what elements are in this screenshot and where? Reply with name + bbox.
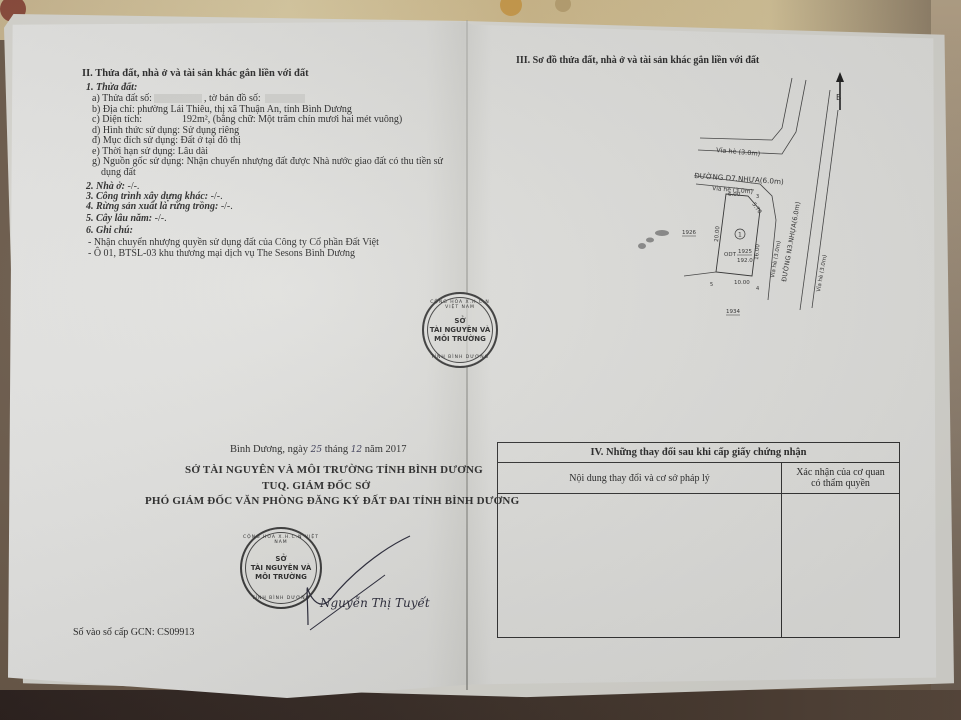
svg-text:ODT: ODT bbox=[724, 252, 737, 258]
svg-text:5.70: 5.70 bbox=[750, 202, 762, 216]
parcel-number-label: a) Thửa đất số: bbox=[92, 93, 152, 104]
land-parcel-number: a) Thửa đất số:, tờ bản đồ số: bbox=[92, 93, 305, 104]
svg-text:6.00: 6.00 bbox=[728, 192, 741, 198]
land-origin: g) Nguồn gốc sử dụng: Nhận chuyển nhượng… bbox=[92, 156, 443, 167]
svg-text:4: 4 bbox=[756, 286, 759, 292]
perennial-value: -/-. bbox=[152, 213, 166, 224]
svg-text:16.00: 16.00 bbox=[754, 243, 761, 260]
svg-text:3: 3 bbox=[756, 194, 759, 200]
north-arrow-icon: B bbox=[836, 72, 844, 110]
redacted-map-sheet bbox=[265, 94, 305, 103]
area-value: 192m², (bằng chữ: Một trăm chín mươi hai… bbox=[182, 114, 402, 125]
svg-text:Vỉa hè (3.0m): Vỉa hè (3.0m) bbox=[769, 240, 782, 278]
ink-smudge bbox=[638, 230, 669, 249]
forest-item: 4. Rừng sản xuất là rừng trồng: -/-. bbox=[86, 201, 233, 212]
redacted-parcel-number bbox=[154, 94, 202, 103]
svg-text:10.00: 10.00 bbox=[734, 280, 750, 286]
column-authority-confirmation: Xác nhận của cơ quancó thẩm quyền bbox=[782, 463, 899, 493]
note-line: - Ô 01, BTSL-03 khu thương mại dịch vụ T… bbox=[88, 248, 355, 259]
map-sheet-label: , tờ bản đồ số: bbox=[204, 93, 261, 104]
changes-table-header: Nội dung thay đổi và cơ sở pháp lý Xác n… bbox=[498, 463, 899, 494]
changes-table-body bbox=[498, 494, 899, 637]
svg-text:5: 5 bbox=[710, 282, 713, 288]
land-heading: 1. Thửa đất: bbox=[86, 82, 137, 93]
forest-value: -/-. bbox=[218, 201, 232, 212]
svg-text:Vỉa hè (3.0m): Vỉa hè (3.0m) bbox=[716, 146, 761, 158]
seal-ring-text: TỈNH BÌNH DƯƠNG bbox=[424, 355, 496, 360]
column-change-content: Nội dung thay đổi và cơ sở pháp lý bbox=[498, 463, 782, 493]
seal-ring-text: CỘNG HÒA X.H.C.N VIỆT NAM bbox=[424, 300, 496, 310]
change-content-cell bbox=[498, 494, 782, 637]
registry-number: Số vào sổ cấp GCN: CS09913 bbox=[73, 627, 194, 638]
official-seal-top: CỘNG HÒA X.H.C.N VIỆT NAM SỞ TÀI NGUYÊN … bbox=[422, 292, 498, 368]
svg-text:ĐƯỜNG D7.NHỰA(6.0m): ĐƯỜNG D7.NHỰA(6.0m) bbox=[694, 171, 784, 186]
issue-date: Bình Dương, ngày 25 tháng 12 năm 2017 bbox=[230, 444, 406, 455]
svg-text:B: B bbox=[836, 93, 842, 102]
section2-title: II. Thửa đất, nhà ở và tài sản khác gắn … bbox=[82, 68, 309, 79]
area-label: c) Diện tích: bbox=[92, 114, 142, 125]
issue-day: 25 bbox=[311, 445, 322, 455]
on-behalf-of: TUQ. GIÁM ĐỐC SỞ bbox=[262, 480, 370, 492]
issue-month: 12 bbox=[351, 445, 362, 455]
svg-text:1934: 1934 bbox=[726, 309, 740, 315]
land-origin-cont: dụng đất bbox=[101, 167, 136, 178]
authority-confirmation-cell bbox=[782, 494, 899, 637]
parcel-diagram: B Vỉa hè (3.0m) ĐƯỜNG D7.NHỰA(6.0m) Vỉa … bbox=[600, 70, 860, 330]
forest-label: 4. Rừng sản xuất là rừng trồng: bbox=[86, 201, 218, 212]
svg-text:1: 1 bbox=[738, 232, 742, 239]
signature-stroke bbox=[290, 530, 430, 640]
svg-text:1925: 1925 bbox=[738, 249, 752, 255]
signer-name: Nguyễn Thị Tuyết bbox=[320, 596, 430, 610]
changes-table-title: IV. Những thay đổi sau khi cấp giấy chứn… bbox=[498, 443, 899, 463]
notes-heading: 6. Ghi chú: bbox=[86, 225, 133, 236]
note-line: - Nhận chuyển nhượng quyền sử dụng đất c… bbox=[88, 237, 379, 248]
svg-text:192.0: 192.0 bbox=[737, 258, 753, 264]
section3-title: III. Sơ đồ thửa đất, nhà ở và tài sản kh… bbox=[516, 55, 759, 66]
perennial-item: 5. Cây lâu năm: -/-. bbox=[86, 213, 167, 224]
changes-table: IV. Những thay đổi sau khi cấp giấy chứn… bbox=[497, 442, 900, 638]
svg-text:ĐƯỜNG N3.NHỰA(6.0m): ĐƯỜNG N3.NHỰA(6.0m) bbox=[779, 201, 802, 282]
issuing-authority: SỞ TÀI NGUYÊN VÀ MÔI TRƯỜNG TỈNH BÌNH DƯ… bbox=[185, 464, 483, 476]
perennial-label: 5. Cây lâu năm: bbox=[86, 213, 152, 224]
land-usage-purpose: đ) Mục đích sử dụng: Đất ở tại đô thị bbox=[92, 135, 241, 146]
signer-position: PHÓ GIÁM ĐỐC VĂN PHÒNG ĐĂNG KÝ ĐẤT ĐAI T… bbox=[145, 495, 519, 507]
svg-text:1926: 1926 bbox=[682, 230, 696, 236]
land-area: c) Diện tích:192m², (bằng chữ: Một trăm … bbox=[92, 114, 402, 125]
seal-center-text: SỞ TÀI NGUYÊN VÀ MÔI TRƯỜNG bbox=[430, 317, 490, 344]
svg-text:Vỉa hè (3.0m): Vỉa hè (3.0m) bbox=[815, 254, 828, 292]
